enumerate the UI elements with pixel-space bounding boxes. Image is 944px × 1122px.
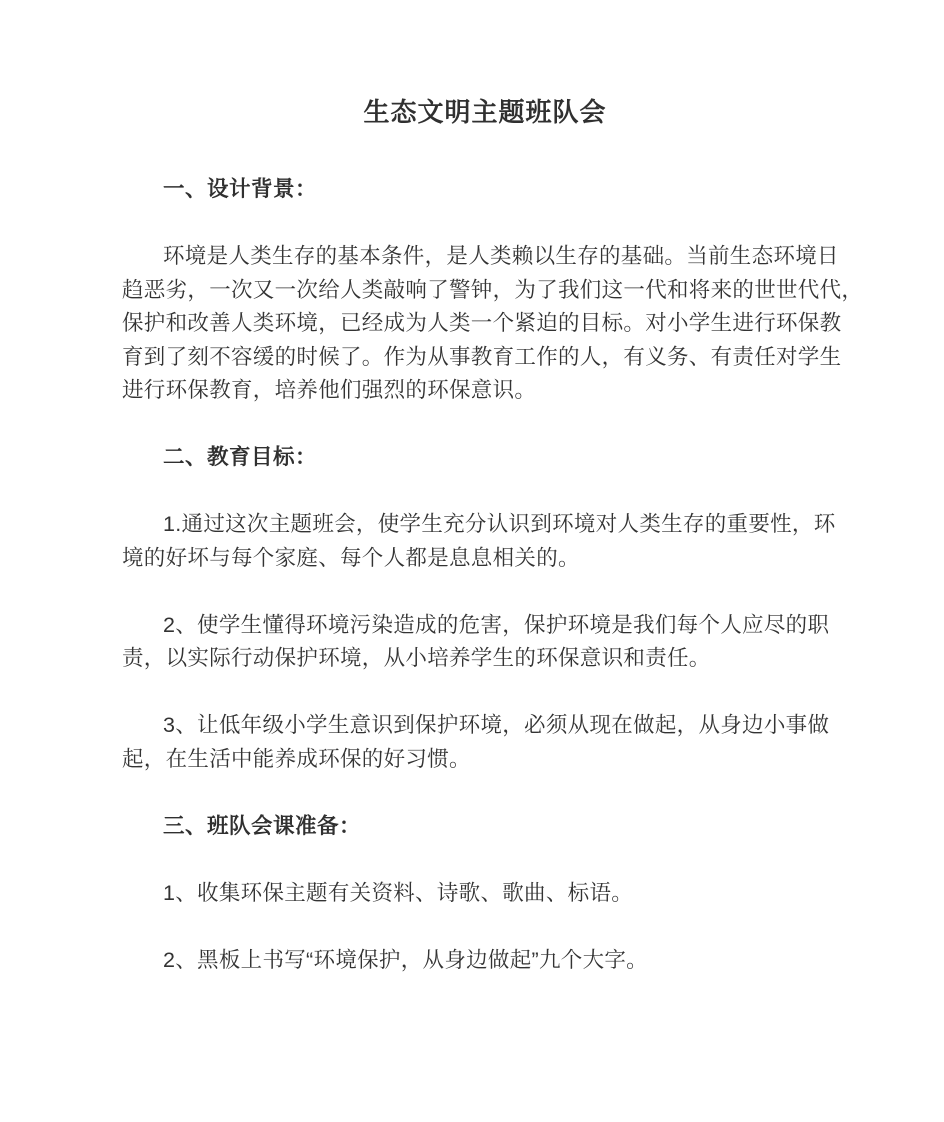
document-title: 生态文明主题班队会 <box>122 96 848 128</box>
section-heading-education-goals: 二、教育目标： <box>122 441 848 475</box>
paragraph-line: 3、让低年级小学生意识到保护环境，必须从现在做起，从身边小事做 <box>122 709 848 743</box>
paragraph-line: 育到了刻不容缓的时候了。作为从事教育工作的人，有义务、有责任对学生 <box>122 341 848 375</box>
paragraph-line: 境的好坏与每个家庭、每个人都是息息相关的。 <box>122 542 848 576</box>
section-heading-design-background: 一、设计背景： <box>122 173 848 207</box>
paragraph-background: 环境是人类生存的基本条件，是人类赖以生存的基础。当前生态环境日 趋恶劣，一次又一… <box>122 240 848 408</box>
paragraph-line: 1.通过这次主题班会，使学生充分认识到环境对人类生存的重要性，环 <box>122 508 848 542</box>
paragraph-goal-2: 2、使学生懂得环境污染造成的危害，保护环境是我们每个人应尽的职 责，以实际行动保… <box>122 609 848 676</box>
paragraph-line: 2、黑板上书写“环境保护，从身边做起”九个大字。 <box>122 944 848 978</box>
paragraph-line: 责，以实际行动保护环境，从小培养学生的环保意识和责任。 <box>122 642 848 676</box>
paragraph-line: 起，在生活中能养成环保的好习惯。 <box>122 743 848 777</box>
paragraph-goal-1: 1.通过这次主题班会，使学生充分认识到环境对人类生存的重要性，环 境的好坏与每个… <box>122 508 848 575</box>
paragraph-goal-3: 3、让低年级小学生意识到保护环境，必须从现在做起，从身边小事做 起，在生活中能养… <box>122 709 848 776</box>
paragraph-line: 2、使学生懂得环境污染造成的危害，保护环境是我们每个人应尽的职 <box>122 609 848 643</box>
section-heading-class-preparation: 三、班队会课准备： <box>122 810 848 844</box>
paragraph-line: 环境是人类生存的基本条件，是人类赖以生存的基础。当前生态环境日 <box>122 240 848 274</box>
paragraph-preparation-1: 1、收集环保主题有关资料、诗歌、歌曲、标语。 <box>122 877 848 911</box>
paragraph-line: 趋恶劣，一次又一次给人类敲响了警钟，为了我们这一代和将来的世世代代， <box>122 274 848 308</box>
paragraph-line: 保护和改善人类环境，已经成为人类一个紧迫的目标。对小学生进行环保教 <box>122 307 848 341</box>
document-page: 生态文明主题班队会 一、设计背景： 环境是人类生存的基本条件，是人类赖以生存的基… <box>0 0 944 1122</box>
paragraph-line: 1、收集环保主题有关资料、诗歌、歌曲、标语。 <box>122 877 848 911</box>
paragraph-line: 进行环保教育，培养他们强烈的环保意识。 <box>122 374 848 408</box>
paragraph-preparation-2: 2、黑板上书写“环境保护，从身边做起”九个大字。 <box>122 944 848 978</box>
